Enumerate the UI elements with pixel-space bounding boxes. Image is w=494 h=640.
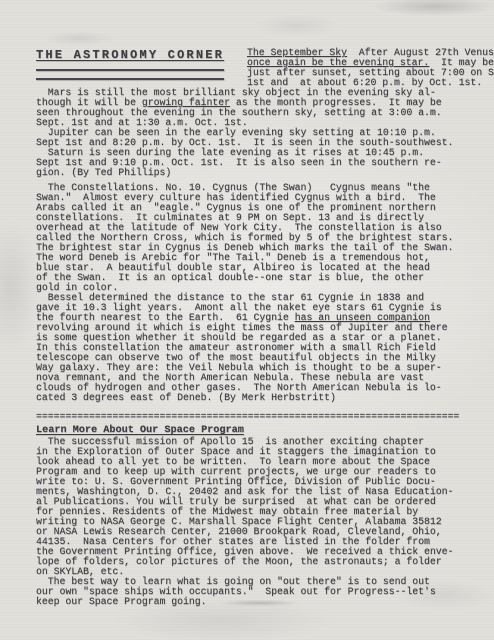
paragraph-cygnus: The Constellations. No. 10. Cygnus (The …	[36, 183, 474, 293]
paragraph-saturn: Saturn is seen during the late evening a…	[36, 148, 474, 178]
paragraph-mars: Mars is still the most brilliant sky obj…	[36, 88, 474, 128]
scanned-newsletter-page: THE ASTRONOMY CORNER The September Sky A…	[0, 0, 494, 640]
paragraph-bessel: Bessel determined the distance to the st…	[36, 293, 474, 403]
intro-paragraph: The September Sky After August 27th Venu…	[247, 48, 494, 88]
text-line: gion. (By Ted Phillips)	[36, 168, 474, 178]
section-divider: ========================================…	[36, 412, 474, 422]
paragraph-apollo: The successful mission of Apollo 15 is a…	[36, 437, 474, 577]
page-content: THE ASTRONOMY CORNER The September Sky A…	[0, 0, 494, 607]
space-program-heading: Learn More About Our Space Program	[36, 425, 474, 436]
ink-bleed-smudge	[200, 598, 320, 608]
text-line: cated 3 degrees east of Deneb. (By Merk …	[36, 393, 474, 403]
masthead-rule	[36, 69, 224, 71]
masthead: THE ASTRONOMY CORNER The September Sky A…	[36, 48, 474, 88]
masthead-rule	[36, 78, 224, 80]
masthead-title-block: THE ASTRONOMY CORNER	[36, 48, 247, 80]
column-title: THE ASTRONOMY CORNER	[36, 48, 247, 62]
paragraph-jupiter: Jupiter can be seen in the early evening…	[36, 128, 474, 148]
